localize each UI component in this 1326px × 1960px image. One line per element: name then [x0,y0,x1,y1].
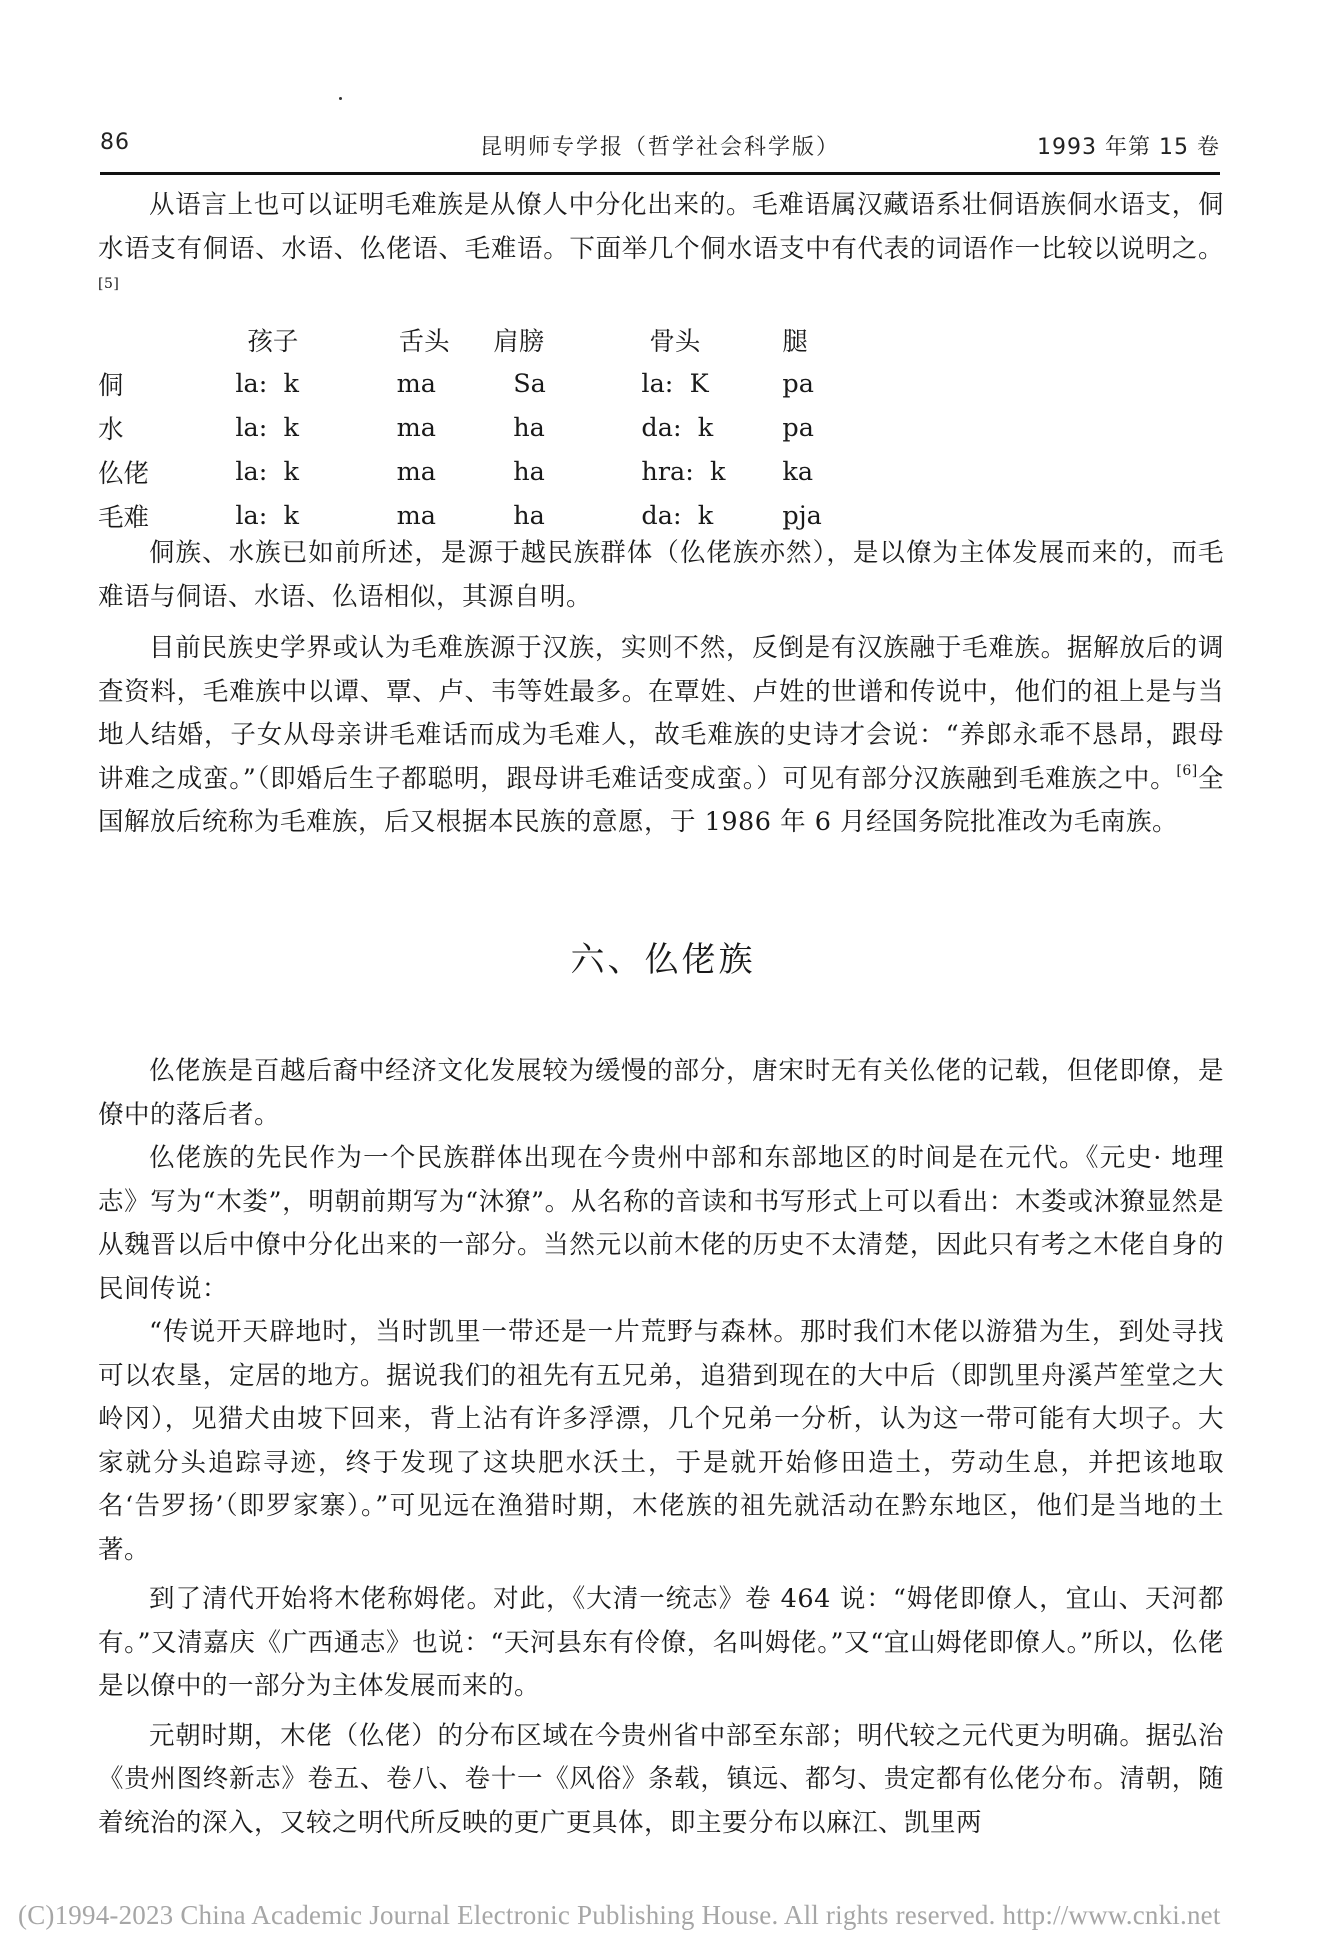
paragraph: 仫佬族的先民作为一个民族群体出现在今贵州中部和东部地区的时间是在元代。《元史· … [98,1137,1224,1311]
language-cell: 仫佬 [98,450,235,494]
intro-block: 从语言上也可以证明毛难族是从僚人中分化出来的。毛难语属汉藏语系壮侗语族侗水语支，… [98,184,1224,315]
table-cell: la: K [641,362,782,406]
language-cell: 水 [98,406,235,450]
journal-page: 86 昆明师专学报（哲学社会科学版） 1993 年第 15 卷 从语言上也可以证… [0,0,1326,1960]
table-cell: hra: k [641,450,782,494]
paragraph: 侗族、水族已如前所述，是源于越民族群体（仫佬族亦然），是以僚为主体发展而来的，而… [98,532,1224,619]
citation-ref: [6] [1176,763,1197,779]
table-cell: ha [493,406,641,450]
citation-ref: [5] [98,276,119,292]
column-header: 骨头 [641,318,782,362]
scan-speck [339,97,342,100]
table-cell: da: k [641,406,782,450]
table-row: 仫佬 la: k ma ha hra: k ka [98,450,858,494]
vocabulary-comparison-table: 孩子 舌头 肩膀 骨头 腿 侗 la: k ma Sa la: K pa 水 l… [98,318,858,538]
table-cell: ma [387,406,494,450]
copyright-watermark: (C)1994-2023 China Academic Journal Elec… [18,1900,1326,1931]
paragraph-text: 目前民族史学界或认为毛难族源于汉族，实则不然，反倒是有汉族融于毛难族。据解放后的… [98,633,1224,794]
paragraph: 目前民族史学界或认为毛难族源于汉族，实则不然，反倒是有汉族融于毛难族。据解放后的… [98,627,1224,845]
column-header: 舌头 [387,318,494,362]
column-header: 腿 [782,318,858,362]
column-header: 肩膀 [493,318,641,362]
table-cell: la: k [235,406,386,450]
paragraph: 元朝时期，木佬（仫佬）的分布区域在今贵州省中部至东部；明代较之元代更为明确。据弘… [98,1715,1224,1846]
table-cell: ma [387,362,494,406]
running-header: 86 昆明师专学报（哲学社会科学版） 1993 年第 15 卷 [100,128,1220,164]
table-row: 水 la: k ma ha da: k pa [98,406,858,450]
paragraph: “传说开天辟地时，当时凯里一带还是一片荒野与森林。那时我们木佬以游猎为生，到处寻… [98,1311,1224,1572]
table-cell: la: k [235,450,386,494]
section-body: 仫佬族是百越后裔中经济文化发展较为缓慢的部分，唐宋时无有关仫佬的记载，但佬即僚，… [98,1050,1224,1845]
table-header-row: 孩子 舌头 肩膀 骨头 腿 [98,318,858,362]
section-heading: 六、仫佬族 [0,932,1326,981]
column-header [98,318,235,362]
table-cell: ka [782,450,858,494]
issue-label: 1993 年第 15 卷 [1037,130,1220,161]
table-cell: pa [782,406,858,450]
table-cell: la: k [235,362,386,406]
table-cell: ha [493,450,641,494]
header-rule [100,172,1220,175]
vocab-table: 孩子 舌头 肩膀 骨头 腿 侗 la: k ma Sa la: K pa 水 l… [98,318,858,538]
paragraph: 从语言上也可以证明毛难族是从僚人中分化出来的。毛难语属汉藏语系壮侗语族侗水语支，… [98,184,1224,315]
table-cell: pa [782,362,858,406]
table-row: 侗 la: k ma Sa la: K pa [98,362,858,406]
table-cell: Sa [493,362,641,406]
post-table-block: 侗族、水族已如前所述，是源于越民族群体（仫佬族亦然），是以僚为主体发展而来的，而… [98,532,1224,845]
language-cell: 侗 [98,362,235,406]
paragraph-text: 从语言上也可以证明毛难族是从僚人中分化出来的。毛难语属汉藏语系壮侗语族侗水语支，… [98,190,1224,264]
column-header: 孩子 [235,318,386,362]
table-cell: ma [387,450,494,494]
paragraph: 仫佬族是百越后裔中经济文化发展较为缓慢的部分，唐宋时无有关仫佬的记载，但佬即僚，… [98,1050,1224,1137]
paragraph: 到了清代开始将木佬称姆佬。对此，《大清一统志》卷 464 说：“姆佬即僚人，宜山… [98,1578,1224,1709]
